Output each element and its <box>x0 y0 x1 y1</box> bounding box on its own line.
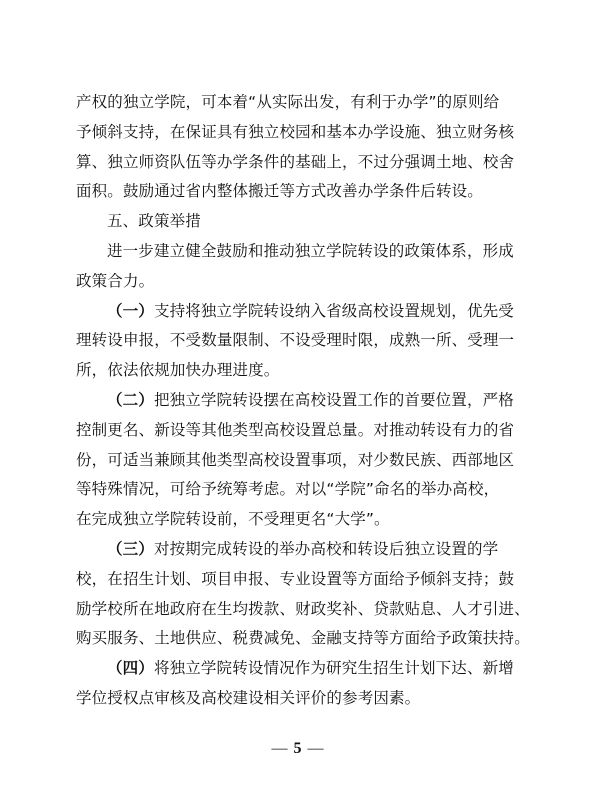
item-3-line: 购买服务、土地供应、税费减免、金融支持等方面给予政策扶持。 <box>76 624 520 654</box>
item-1-text: 支持将独立学院转设纳入省级高校设置规划，优先受 <box>154 302 514 320</box>
item-3-line: 励学校所在地政府在生均拨款、财政奖补、贷款贴息、人才引进、 <box>76 595 520 625</box>
item-3-line: 校，在招生计划、项目申报、专业设置等方面给予倾斜支持；鼓 <box>76 565 520 595</box>
paragraph-line: 算、独立师资队伍等办学条件的基础上，不过分强调土地、校舍 <box>76 148 520 178</box>
paragraph-line: 予倾斜支持，在保证具有独立校园和基本办学设施、独立财务核 <box>76 118 520 148</box>
item-2-text: 把独立学院转设摆在高校设置工作的首要位置，严格 <box>154 391 514 409</box>
item-1-line: （一）支持将独立学院转设纳入省级高校设置规划，优先受 <box>76 297 520 327</box>
footer-dash-right: — <box>308 740 324 757</box>
paragraph-line: 产权的独立学院，可本着“从实际出发，有利于办学”的原则给 <box>76 88 520 118</box>
item-2-line: 份，可适当兼顾其他类型高校设置事项，对少数民族、西部地区 <box>76 446 520 476</box>
item-4-line: （四）将独立学院转设情况作为研究生招生计划下达、新增 <box>76 654 520 684</box>
document-body: 产权的独立学院，可本着“从实际出发，有利于办学”的原则给 予倾斜支持，在保证具有… <box>76 88 520 714</box>
item-2-label: （二） <box>107 391 154 409</box>
item-2-line: 在完成独立学院转设前，不受理更名“大学”。 <box>76 505 520 535</box>
section-heading: 五、政策举措 <box>76 207 520 237</box>
item-3-text: 对按期完成转设的举办高校和转设后独立设置的学 <box>154 540 498 558</box>
item-3-line: （三）对按期完成转设的举办高校和转设后独立设置的学 <box>76 535 520 565</box>
item-3-label: （三） <box>107 540 154 558</box>
item-2-line: （二）把独立学院转设摆在高校设置工作的首要位置，严格 <box>76 386 520 416</box>
page-number: 5 <box>288 740 308 757</box>
intro-line: 进一步建立健全鼓励和推动独立学院转设的政策体系，形成 <box>76 237 520 267</box>
item-2-line: 等特殊情况，可给予统筹考虑。对以“学院”命名的举办高校， <box>76 475 520 505</box>
intro-line: 政策合力。 <box>76 267 520 297</box>
page-footer: —5— <box>0 740 595 758</box>
item-2-line: 控制更名、新设等其他类型高校设置总量。对推动转设有力的省 <box>76 416 520 446</box>
item-4-label: （四） <box>107 659 154 677</box>
item-1-line: 理转设申报，不受数量限制、不设受理时限，成熟一所、受理一 <box>76 326 520 356</box>
item-4-text: 将独立学院转设情况作为研究生招生计划下达、新增 <box>154 659 514 677</box>
document-page: 产权的独立学院，可本着“从实际出发，有利于办学”的原则给 予倾斜支持，在保证具有… <box>0 0 595 807</box>
item-1-label: （一） <box>107 302 154 320</box>
item-4-line: 学位授权点审核及高校建设相关评价的参考因素。 <box>76 684 520 714</box>
paragraph-line: 面积。鼓励通过省内整体搬迁等方式改善办学条件后转设。 <box>76 177 520 207</box>
footer-dash-left: — <box>272 740 288 757</box>
item-1-line: 所，依法依规加快办理进度。 <box>76 356 520 386</box>
